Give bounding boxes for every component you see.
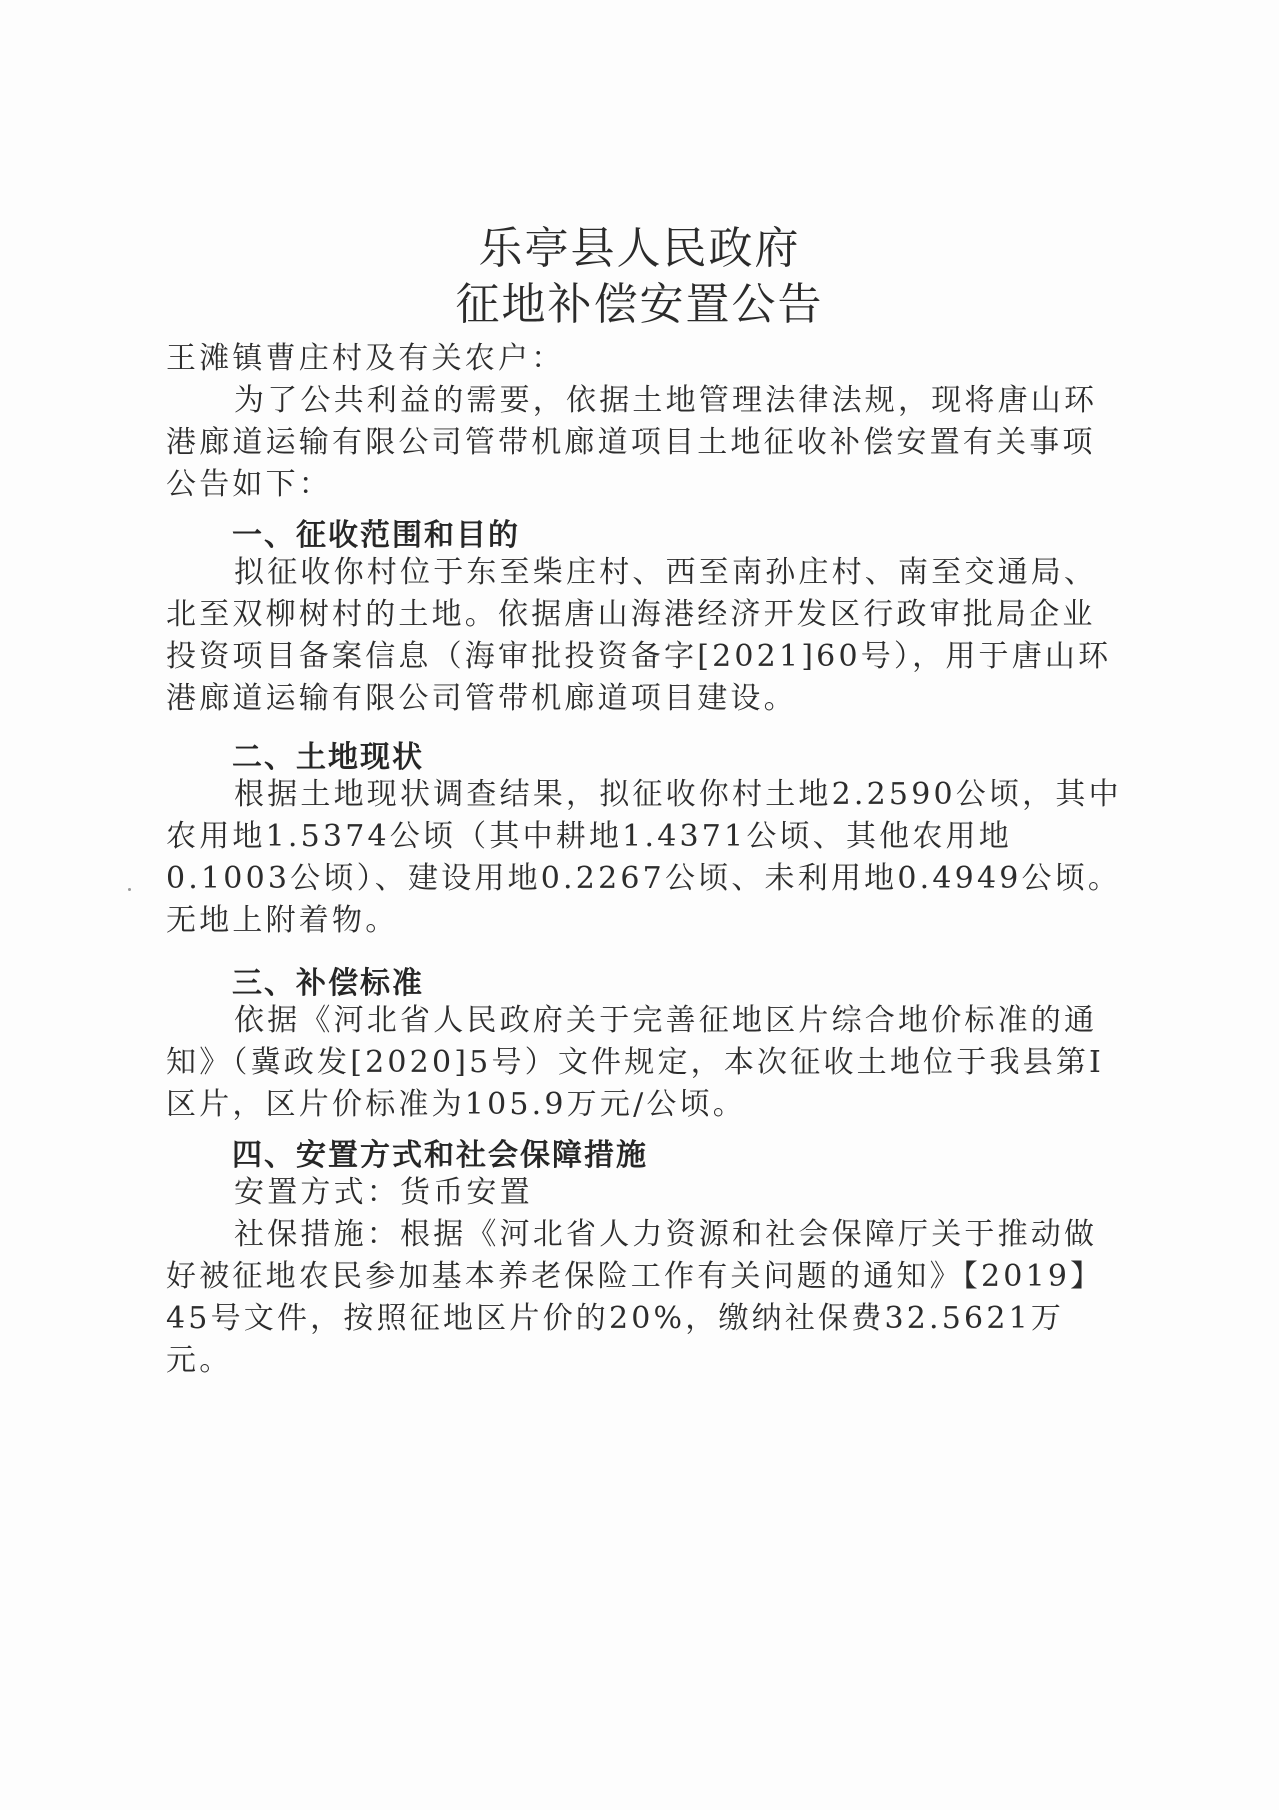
section-1-paragraph: 拟征收你村位于东至柴庄村、西至南孙庄村、南至交通局、北至双柳树村的土地。依据唐山… bbox=[166, 552, 1126, 720]
scan-speck bbox=[128, 888, 131, 891]
section-2-paragraph: 根据土地现状调查结果，拟征收你村土地2.2590公顷，其中农用地1.5374公顷… bbox=[166, 774, 1126, 942]
section-3-heading: 三、补偿标准 bbox=[232, 958, 424, 1002]
intro-paragraph: 为了公共利益的需要，依据土地管理法律法规，现将唐山环港廊道运输有限公司管带机廊道… bbox=[166, 380, 1126, 506]
document-title-subject: 征地补偿安置公告 bbox=[0, 268, 1279, 332]
section-4-heading: 四、安置方式和社会保障措施 bbox=[232, 1130, 648, 1174]
resettlement-method: 安置方式：货币安置 bbox=[166, 1172, 1126, 1214]
section-3-paragraph: 依据《河北省人民政府关于完善征地区片综合地价标准的通知》（冀政发[2020]5号… bbox=[166, 1000, 1126, 1126]
addressee: 王滩镇曹庄村及有关农户： bbox=[166, 338, 1126, 380]
section-2-heading: 二、土地现状 bbox=[232, 732, 424, 776]
document-page: 乐亭县人民政府 征地补偿安置公告 王滩镇曹庄村及有关农户： 为了公共利益的需要，… bbox=[0, 0, 1279, 1810]
document-title-issuer: 乐亭县人民政府 bbox=[0, 212, 1279, 276]
section-1-heading: 一、征收范围和目的 bbox=[232, 510, 520, 554]
social-security-measures: 社保措施：根据《河北省人力资源和社会保障厅关于推动做好被征地农民参加基本养老保险… bbox=[166, 1214, 1126, 1382]
